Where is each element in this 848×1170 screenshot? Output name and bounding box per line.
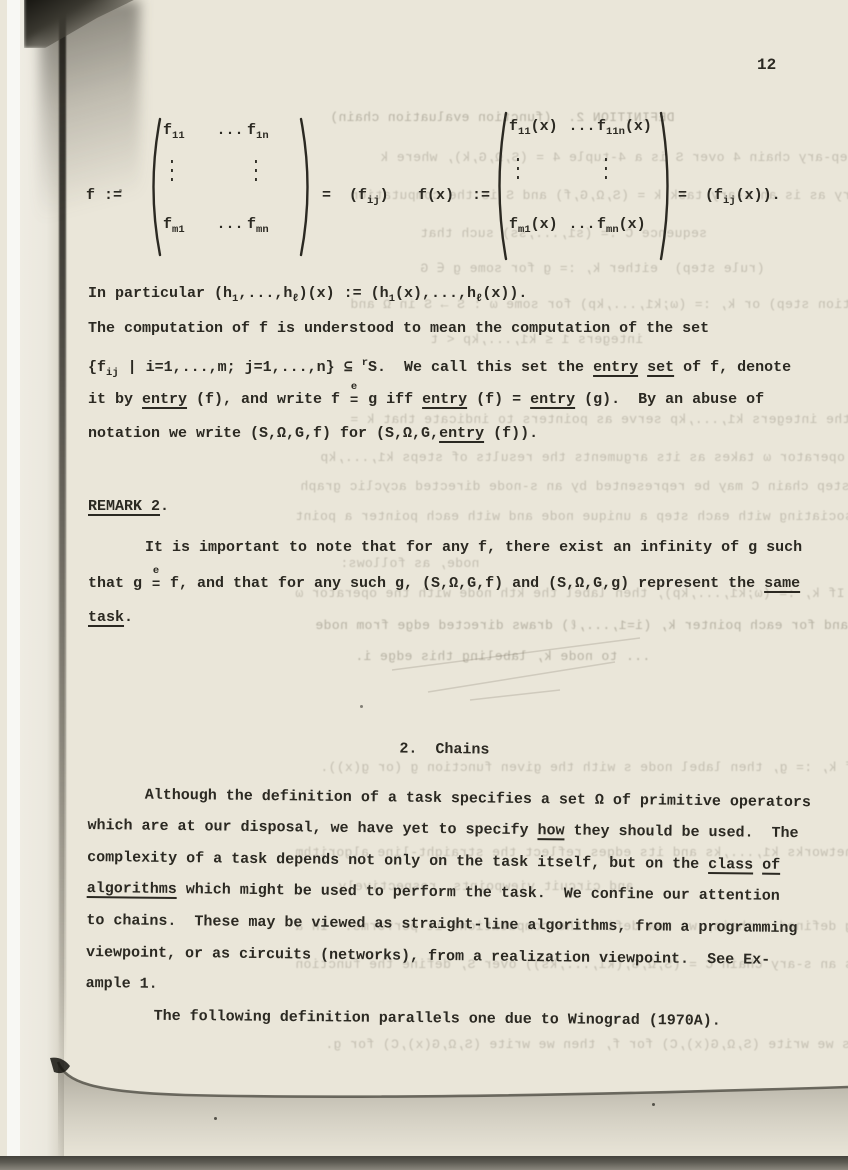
matrix-paren-left xyxy=(492,110,508,262)
text-line: {fij | i=1,...,m; j=1,...,n} ⊆ rS. We ca… xyxy=(88,353,791,383)
matrix-vdots: ⋮ xyxy=(509,156,567,243)
matrix-cell: ... xyxy=(213,122,247,158)
eq-rhs-result: = (fij(x)). xyxy=(678,186,781,211)
scanner-gutter xyxy=(7,0,20,1170)
matrix-cell: ... xyxy=(567,118,597,156)
matrix-vdots: ⋮ xyxy=(163,158,213,242)
remark-heading: REMARK 2. xyxy=(88,497,169,517)
eq-rhs-label: f(x) := xyxy=(418,186,490,206)
text-line: that g e= f, and that for any such g, (S… xyxy=(88,573,800,594)
page-curl-shadow xyxy=(0,1050,848,1170)
matrix-paren-left xyxy=(146,116,162,258)
matrix-vdots: ⋮ xyxy=(597,156,657,243)
matrix-cell: f11(x) xyxy=(509,118,567,156)
matrix-cell: f11 xyxy=(163,122,213,158)
matrix-rhs: f11(x) ... f11n(x) ⋮ ⋮ fm1(x) ... fmn(x) xyxy=(509,118,657,254)
text-line: The computation of f is understood to me… xyxy=(88,319,709,339)
matrix-cell: f11n(x) xyxy=(597,118,657,156)
matrix-cell: ... xyxy=(213,216,247,252)
text-line: notation we write (S,Ω,G,f) for (S,Ω,G,e… xyxy=(88,424,538,444)
matrix-vdots: ⋮ xyxy=(247,158,297,242)
matrix-cell: f1n xyxy=(247,122,297,158)
text-line: It is important to note that for any f, … xyxy=(88,538,802,558)
corner-shadow xyxy=(40,0,140,300)
matrix-lhs: f11 ... f1n ⋮ ⋮ fm1 ... fmn xyxy=(163,122,297,252)
text-line: ample 1. xyxy=(86,974,158,995)
matrix-cell: ... xyxy=(567,216,597,254)
matrix-paren-right xyxy=(299,116,315,258)
text-line: In particular (h1,...,hℓ)(x) := (h1(x),.… xyxy=(88,284,527,309)
scanned-page: DEFINITION 2. (function evaluation chain… xyxy=(0,0,848,1170)
eq-lhs-result: = (fij) xyxy=(322,186,389,211)
matrix-cell xyxy=(567,156,597,216)
scan-bottom-bar xyxy=(0,1156,848,1170)
text-line: task. xyxy=(88,608,133,628)
matrix-cell xyxy=(213,158,247,216)
matrix-paren-right xyxy=(659,110,675,262)
scanner-edge-strip xyxy=(0,0,7,1170)
text-line: it by entry (f), and write f e= g iff en… xyxy=(88,389,764,410)
page-number: 12 xyxy=(757,56,776,74)
